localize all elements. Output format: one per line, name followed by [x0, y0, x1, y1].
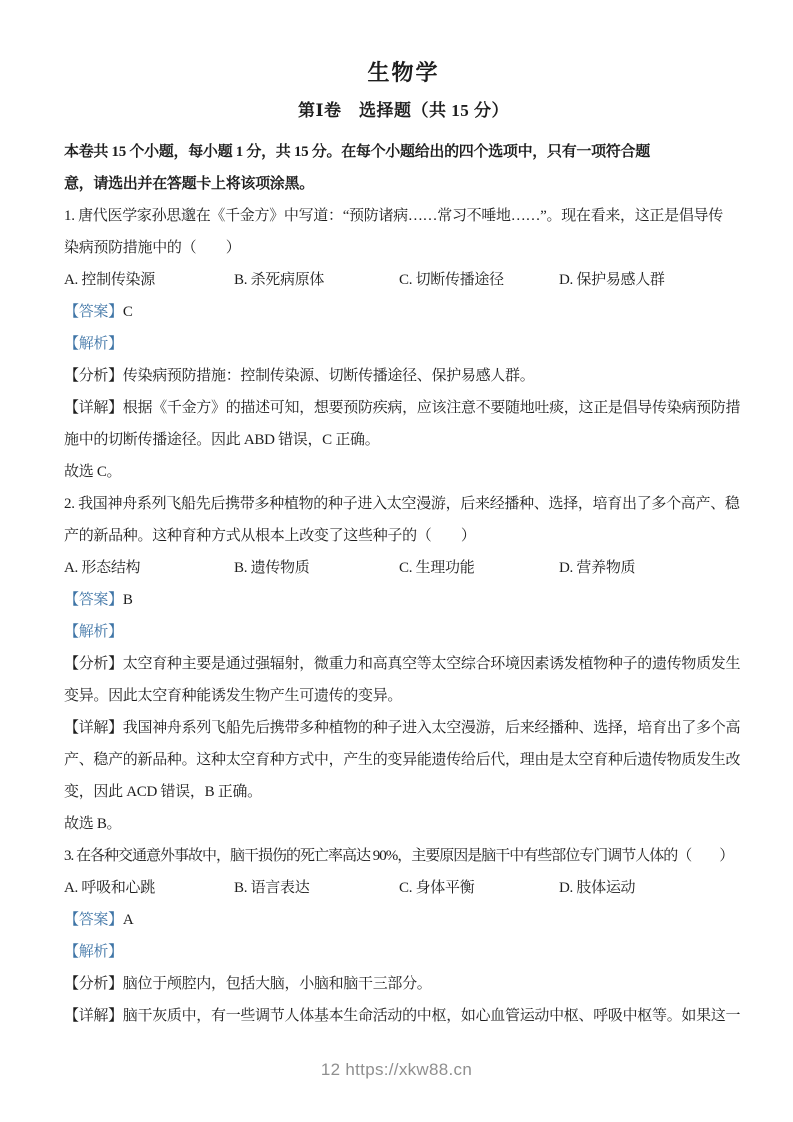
detail-line: 产、稳产的新品种。这种太空育种方式中，产生的变异能遗传给后代，理由是太空育种后遗…	[64, 744, 743, 776]
answer-line: 【答案】C	[64, 296, 743, 328]
analysis-header-label: 【解析】	[64, 336, 123, 352]
option-d: D. 肢体运动	[559, 872, 743, 904]
question-block-1: 1. 唐代医学家孙思邈在《千金方》中写道：“预防诸病……常习不唾地……”。现在看…	[64, 200, 743, 488]
question-stem-line: 产的新品种。这种育种方式从根本上改变了这些种子的（ ）	[64, 520, 743, 552]
answer-label: 【答案】	[64, 592, 123, 608]
preamble-line: 本卷共 15 个小题，每小题 1 分，共 15 分。在每个小题给出的四个选项中，…	[64, 136, 743, 168]
option-a: A. 呼吸和心跳	[64, 872, 234, 904]
answer-value: A	[123, 912, 134, 928]
option-a: A. 形态结构	[64, 552, 234, 584]
answer-line: 【答案】A	[64, 904, 743, 936]
option-d: D. 营养物质	[559, 552, 743, 584]
question-block-2: 2. 我国神舟系列飞船先后携带多种植物的种子进入太空漫游，后来经播种、选择，培育…	[64, 488, 743, 840]
conclusion-line: 故选 B。	[64, 808, 743, 840]
document-page: 生物学 第Ⅰ卷 选择题（共 15 分） 本卷共 15 个小题，每小题 1 分，共…	[0, 0, 793, 1122]
detail-line: 【详解】我国神舟系列飞船先后携带多种植物的种子进入太空漫游，后来经播种、选择，培…	[64, 712, 743, 744]
answer-label: 【答案】	[64, 912, 123, 928]
page-title: 生物学	[64, 58, 743, 88]
section-header: 第Ⅰ卷 选择题（共 15 分）	[64, 96, 743, 126]
analysis-line: 【分析】太空育种主要是通过强辐射，微重力和高真空等太空综合环境因素诱发植物种子的…	[64, 648, 743, 680]
options-row: A. 形态结构 B. 遗传物质 C. 生理功能 D. 营养物质	[64, 552, 743, 584]
analysis-header-line: 【解析】	[64, 616, 743, 648]
question-stem-line: 2. 我国神舟系列飞船先后携带多种植物的种子进入太空漫游，后来经播种、选择，培育…	[64, 488, 743, 520]
question-stem-line: 3. 在各种交通意外事故中，脑干损伤的死亡率高达 90%，主要原因是脑干中有些部…	[64, 840, 743, 872]
analysis-header-label: 【解析】	[64, 624, 123, 640]
analysis-header-line: 【解析】	[64, 936, 743, 968]
preamble-line: 意，请选出并在答题卡上将该项涂黑。	[64, 168, 743, 200]
analysis-line: 【分析】脑位于颅腔内，包括大脑，小脑和脑干三部分。	[64, 968, 743, 1000]
analysis-header-line: 【解析】	[64, 328, 743, 360]
answer-value: C	[123, 304, 133, 320]
detail-line: 【详解】根据《千金方》的描述可知，想要预防疾病，应该注意不要随地吐痰，这正是倡导…	[64, 392, 743, 424]
analysis-header-label: 【解析】	[64, 944, 123, 960]
option-b: B. 杀死病原体	[234, 264, 399, 296]
footer-text: 12 https://xkw88.cn	[0, 1060, 793, 1080]
question-stem-line: 1. 唐代医学家孙思邈在《千金方》中写道：“预防诸病……常习不唾地……”。现在看…	[64, 200, 743, 232]
options-row: A. 呼吸和心跳 B. 语言表达 C. 身体平衡 D. 肢体运动	[64, 872, 743, 904]
conclusion-line: 故选 C。	[64, 456, 743, 488]
option-c: C. 生理功能	[399, 552, 559, 584]
question-stem-line: 染病预防措施中的（ ）	[64, 232, 743, 264]
detail-line: 施中的切断传播途径。因此 ABD 错误，C 正确。	[64, 424, 743, 456]
option-b: B. 语言表达	[234, 872, 399, 904]
option-c: C. 身体平衡	[399, 872, 559, 904]
analysis-line: 变异。因此太空育种能诱发生物产生可遗传的变异。	[64, 680, 743, 712]
option-a: A. 控制传染源	[64, 264, 234, 296]
option-d: D. 保护易感人群	[559, 264, 743, 296]
answer-line: 【答案】B	[64, 584, 743, 616]
document-content: 生物学 第Ⅰ卷 选择题（共 15 分） 本卷共 15 个小题，每小题 1 分，共…	[0, 0, 793, 1032]
option-b: B. 遗传物质	[234, 552, 399, 584]
question-block-3: 3. 在各种交通意外事故中，脑干损伤的死亡率高达 90%，主要原因是脑干中有些部…	[64, 840, 743, 1032]
answer-value: B	[123, 592, 133, 608]
analysis-line: 【分析】传染病预防措施：控制传染源、切断传播途径、保护易感人群。	[64, 360, 743, 392]
option-c: C. 切断传播途径	[399, 264, 559, 296]
detail-line: 【详解】脑干灰质中，有一些调节人体基本生命活动的中枢，如心血管运动中枢、呼吸中枢…	[64, 1000, 743, 1032]
answer-label: 【答案】	[64, 304, 123, 320]
options-row: A. 控制传染源 B. 杀死病原体 C. 切断传播途径 D. 保护易感人群	[64, 264, 743, 296]
detail-line: 变，因此 ACD 错误，B 正确。	[64, 776, 743, 808]
